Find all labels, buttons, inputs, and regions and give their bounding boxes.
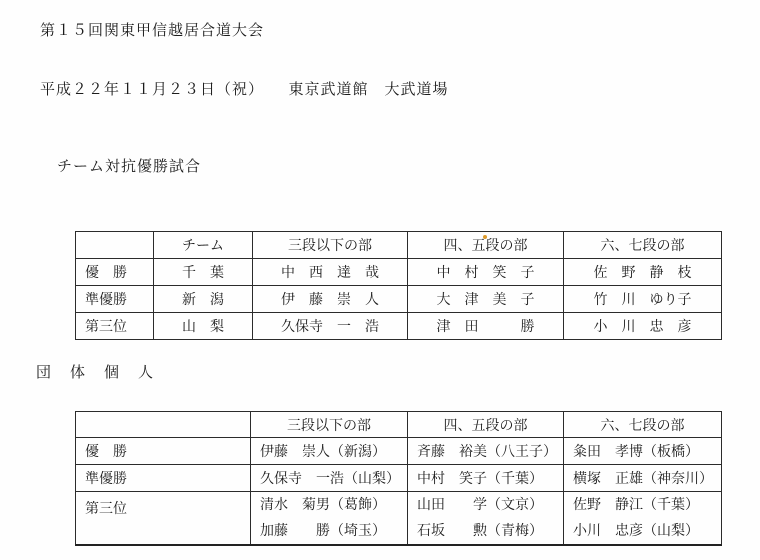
rank-cell: 準優勝 — [76, 465, 251, 492]
result-cell: 清水 菊男（葛飾） 加藤 勝（埼玉） — [251, 492, 408, 546]
result-cell: 小 川 忠 彦 — [564, 313, 722, 340]
result-cell: 伊藤 崇人（新潟） — [251, 438, 408, 465]
header-cell-sandan: 三段以下の部 — [253, 232, 408, 259]
scan-speck — [483, 235, 487, 239]
rank-cell: 第三位 — [76, 313, 154, 340]
individual-results-table: 三段以下の部 四、五段の部 六、七段の部 優 勝 伊藤 崇人（新潟） 斉藤 裕美… — [75, 411, 722, 546]
result-cell: 佐野 静江（千葉） 小川 忠彦（山梨） — [564, 492, 722, 546]
result-cell: 中村 笑子（千葉） — [408, 465, 564, 492]
result-cell: 津 田 勝 — [408, 313, 564, 340]
result-cell: 中 西 達 哉 — [253, 259, 408, 286]
header-cell-blank — [76, 412, 251, 438]
result-cell: 佐 野 静 枝 — [564, 259, 722, 286]
individual-heading: 団 体 個 人 — [36, 361, 155, 382]
individual-table-header-row: 三段以下の部 四、五段の部 六、七段の部 — [76, 412, 722, 438]
individual-table-row-third: 第三位 清水 菊男（葛飾） 加藤 勝（埼玉） 山田 学（文京） 石坂 勲（青梅）… — [76, 492, 722, 546]
team-table-header-row: チーム 三段以下の部 四、五段の部 六、七段の部 — [76, 232, 722, 259]
scanned-document-page: 第１５回関東甲信越居合道大会 平成２２年１１月２３日（祝） 東京武道館 大武道場… — [0, 0, 760, 560]
result-cell: 久保寺 一浩（山梨） — [251, 465, 408, 492]
header-cell-sandan: 三段以下の部 — [251, 412, 408, 438]
document-title: 第１５回関東甲信越居合道大会 — [40, 19, 264, 40]
team-results-table: チーム 三段以下の部 四、五段の部 六、七段の部 優 勝 千 葉 中 西 達 哉… — [75, 231, 722, 340]
team-table-row-champion: 優 勝 千 葉 中 西 達 哉 中 村 笑 子 佐 野 静 枝 — [76, 259, 722, 286]
team-table-row-runner-up: 準優勝 新 潟 伊 藤 崇 人 大 津 美 子 竹 川 ゆり子 — [76, 286, 722, 313]
team-cell: 山 梨 — [154, 313, 253, 340]
team-cell: 千 葉 — [154, 259, 253, 286]
result-cell: 久保寺 一 浩 — [253, 313, 408, 340]
result-cell: 山田 学（文京） 石坂 勲（青梅） — [408, 492, 564, 546]
result-cell: 竹 川 ゆり子 — [564, 286, 722, 313]
header-cell-team: チーム — [154, 232, 253, 259]
date-venue-line: 平成２２年１１月２３日（祝） 東京武道館 大武道場 — [40, 78, 449, 99]
individual-table-row-champion: 優 勝 伊藤 崇人（新潟） 斉藤 裕美（八王子） 粂田 孝博（板橋） — [76, 438, 722, 465]
header-cell-roku-nana-dan: 六、七段の部 — [564, 232, 722, 259]
header-cell-blank — [76, 232, 154, 259]
result-cell: 粂田 孝博（板橋） — [564, 438, 722, 465]
header-cell-yon-go-dan: 四、五段の部 — [408, 412, 564, 438]
rank-cell: 優 勝 — [76, 438, 251, 465]
rank-cell: 優 勝 — [76, 259, 154, 286]
rank-cell: 準優勝 — [76, 286, 154, 313]
result-cell: 中 村 笑 子 — [408, 259, 564, 286]
result-cell: 横塚 正雄（神奈川） — [564, 465, 722, 492]
team-match-heading: チーム対抗優勝試合 — [57, 155, 201, 176]
header-cell-roku-nana-dan: 六、七段の部 — [564, 412, 722, 438]
team-cell: 新 潟 — [154, 286, 253, 313]
result-cell: 斉藤 裕美（八王子） — [408, 438, 564, 465]
rank-cell: 第三位 — [76, 492, 251, 546]
result-cell: 大 津 美 子 — [408, 286, 564, 313]
result-cell: 伊 藤 崇 人 — [253, 286, 408, 313]
team-table-row-third: 第三位 山 梨 久保寺 一 浩 津 田 勝 小 川 忠 彦 — [76, 313, 722, 340]
individual-table-row-runner-up: 準優勝 久保寺 一浩（山梨） 中村 笑子（千葉） 横塚 正雄（神奈川） — [76, 465, 722, 492]
